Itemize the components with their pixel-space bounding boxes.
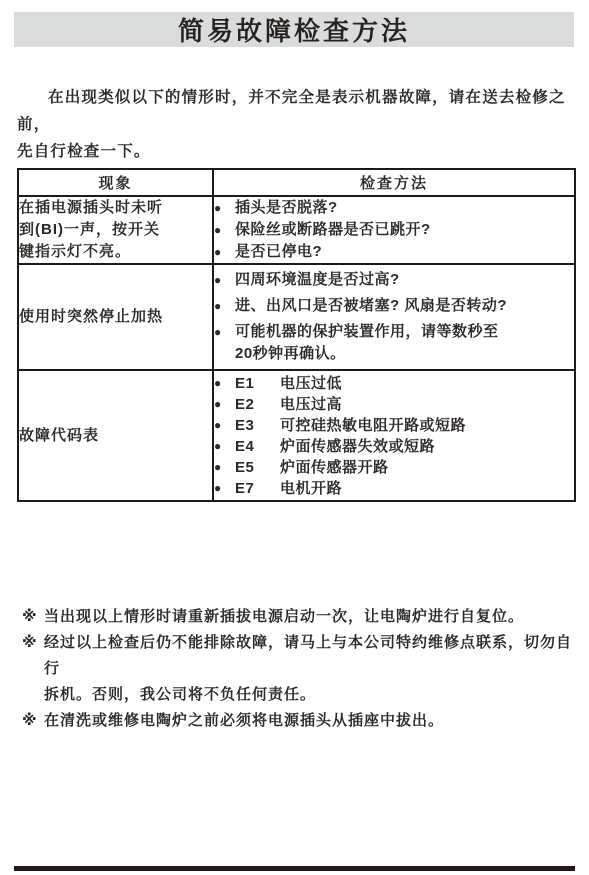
check-text: 进、出风口是否被堵塞? 风扇是否转动? xyxy=(235,295,574,317)
col-header-phenomenon: 现象 xyxy=(18,169,213,196)
bullet-icon: ● xyxy=(214,415,235,436)
checks-cell: ● 四周环境温度是否过高? ● 进、出风口是否被堵塞? 风扇是否转动? ● 可能… xyxy=(213,264,575,370)
bullet-icon: ● xyxy=(214,269,235,291)
bullet-icon: ● xyxy=(214,478,235,499)
phenomenon-cell: 故障代码表 xyxy=(18,370,213,501)
reference-mark-icon: ※ xyxy=(22,630,44,656)
error-code: E1 xyxy=(235,373,280,394)
error-code-desc: 可控硅热敏电阻开路或短路 xyxy=(280,415,574,436)
bullet-icon: ● xyxy=(214,373,235,394)
check-text: 四周环境温度是否过高? xyxy=(235,269,574,291)
error-code-desc: 电机开路 xyxy=(280,478,574,499)
check-item: ● 进、出风口是否被堵塞? 风扇是否转动? xyxy=(214,295,574,317)
footnote-text: 拆机。否则，我公司将不负任何责任。 xyxy=(44,682,578,708)
error-code-desc: 炉面传感器开路 xyxy=(280,457,574,478)
phenomenon-cell: 在插电源插头时未听 到(BI)一声，按开关 键指示灯不亮。 xyxy=(18,196,213,264)
check-text: 20秒钟再确认。 xyxy=(235,343,574,365)
bullet-icon: ● xyxy=(214,241,235,263)
footnote-text: 经过以上检查后仍不能排除故障，请马上与本公司特约维修点联系，切勿自行 xyxy=(44,630,578,682)
bullet-icon: ● xyxy=(214,295,235,317)
error-code-item: ● E7 电机开路 xyxy=(214,478,574,499)
manual-page: 简易故障检查方法 在出现类似以下的情形时，并不完全是表示机器故障，请在送去检修之… xyxy=(0,0,589,875)
check-item: ● 保险丝或断路器是否已跳开? xyxy=(214,219,574,241)
check-text: 插头是否脱落? xyxy=(235,197,574,219)
table-row: 使用时突然停止加热 ● 四周环境温度是否过高? ● 进、出风口是否被堵塞? 风扇… xyxy=(18,264,575,370)
footnote-text: 在清洗或维修电陶炉之前必须将电源插头从插座中拔出。 xyxy=(44,708,578,734)
check-item: ● 四周环境温度是否过高? xyxy=(214,269,574,291)
error-code: E7 xyxy=(235,478,280,499)
bullet-icon: ● xyxy=(214,197,235,219)
table-header-row: 现象 检查方法 xyxy=(18,169,575,196)
table-row: 故障代码表 ● E1 电压过低 ● E2 电压过高 ● E3 可控硅热敏电阻开路… xyxy=(18,370,575,501)
intro-paragraph: 在出现类似以下的情形时，并不完全是表示机器故障，请在送去检修之前， 先自行检查一… xyxy=(17,84,574,165)
bullet-icon: ● xyxy=(214,321,235,343)
phenomenon-line: 故障代码表 xyxy=(19,425,212,447)
page-title-banner: 简易故障检查方法 xyxy=(14,12,574,47)
error-code-item: ● E3 可控硅热敏电阻开路或短路 xyxy=(214,415,574,436)
intro-line: 在出现类似以下的情形时，并不完全是表示机器故障，请在送去检修之前， xyxy=(17,84,574,138)
error-code-item: ● E1 电压过低 xyxy=(214,373,574,394)
phenomenon-line: 在插电源插头时未听 xyxy=(19,197,212,219)
footnotes: ※ 当出现以上情形时请重新插拔电源启动一次，让电陶炉进行自复位。 ※ 经过以上检… xyxy=(22,604,578,734)
error-code: E2 xyxy=(235,394,280,415)
error-code: E4 xyxy=(235,436,280,457)
footnote-item: ※ 在清洗或维修电陶炉之前必须将电源插头从插座中拔出。 xyxy=(22,708,578,734)
checks-cell: ● 插头是否脱落? ● 保险丝或断路器是否已跳开? ● 是否已停电? xyxy=(213,196,575,264)
table-row: 在插电源插头时未听 到(BI)一声，按开关 键指示灯不亮。 ● 插头是否脱落? … xyxy=(18,196,575,264)
error-code: E3 xyxy=(235,415,280,436)
error-code-desc: 电压过高 xyxy=(280,394,574,415)
error-code-item: ● E2 电压过高 xyxy=(214,394,574,415)
phenomenon-line: 键指示灯不亮。 xyxy=(19,241,212,263)
phenomenon-line: 使用时突然停止加热 xyxy=(19,306,212,328)
phenomenon-cell: 使用时突然停止加热 xyxy=(18,264,213,370)
check-text: 是否已停电? xyxy=(235,241,574,263)
check-text: 保险丝或断路器是否已跳开? xyxy=(235,219,574,241)
error-code-desc: 炉面传感器失效或短路 xyxy=(280,436,574,457)
footnote-item: ※ 经过以上检查后仍不能排除故障，请马上与本公司特约维修点联系，切勿自行 拆机。… xyxy=(22,630,578,708)
bottom-divider xyxy=(14,866,575,871)
error-code-item: ● E5 炉面传感器开路 xyxy=(214,457,574,478)
error-code: E5 xyxy=(235,457,280,478)
bullet-icon: ● xyxy=(214,219,235,241)
troubleshooting-table: 现象 检查方法 在插电源插头时未听 到(BI)一声，按开关 键指示灯不亮。 ● … xyxy=(17,168,576,502)
footnote-text: 当出现以上情形时请重新插拔电源启动一次，让电陶炉进行自复位。 xyxy=(44,604,578,630)
footnote-item: ※ 当出现以上情形时请重新插拔电源启动一次，让电陶炉进行自复位。 xyxy=(22,604,578,630)
bullet-icon: ● xyxy=(214,457,235,478)
bullet-icon: ● xyxy=(214,394,235,415)
col-header-method: 检查方法 xyxy=(213,169,575,196)
error-codes-cell: ● E1 电压过低 ● E2 电压过高 ● E3 可控硅热敏电阻开路或短路 ● … xyxy=(213,370,575,501)
check-item: ● 是否已停电? xyxy=(214,241,574,263)
page-title: 简易故障检查方法 xyxy=(178,11,410,48)
intro-line: 先自行检查一下。 xyxy=(17,138,574,165)
bullet-icon: ● xyxy=(214,436,235,457)
phenomenon-line: 到(BI)一声，按开关 xyxy=(19,219,212,241)
reference-mark-icon: ※ xyxy=(22,708,44,734)
check-item: ● 可能机器的保护装置作用，请等数秒至 20秒钟再确认。 xyxy=(214,321,574,365)
error-code-item: ● E4 炉面传感器失效或短路 xyxy=(214,436,574,457)
check-item: ● 插头是否脱落? xyxy=(214,197,574,219)
reference-mark-icon: ※ xyxy=(22,604,44,630)
error-code-desc: 电压过低 xyxy=(280,373,574,394)
check-text: 可能机器的保护装置作用，请等数秒至 xyxy=(235,321,574,343)
